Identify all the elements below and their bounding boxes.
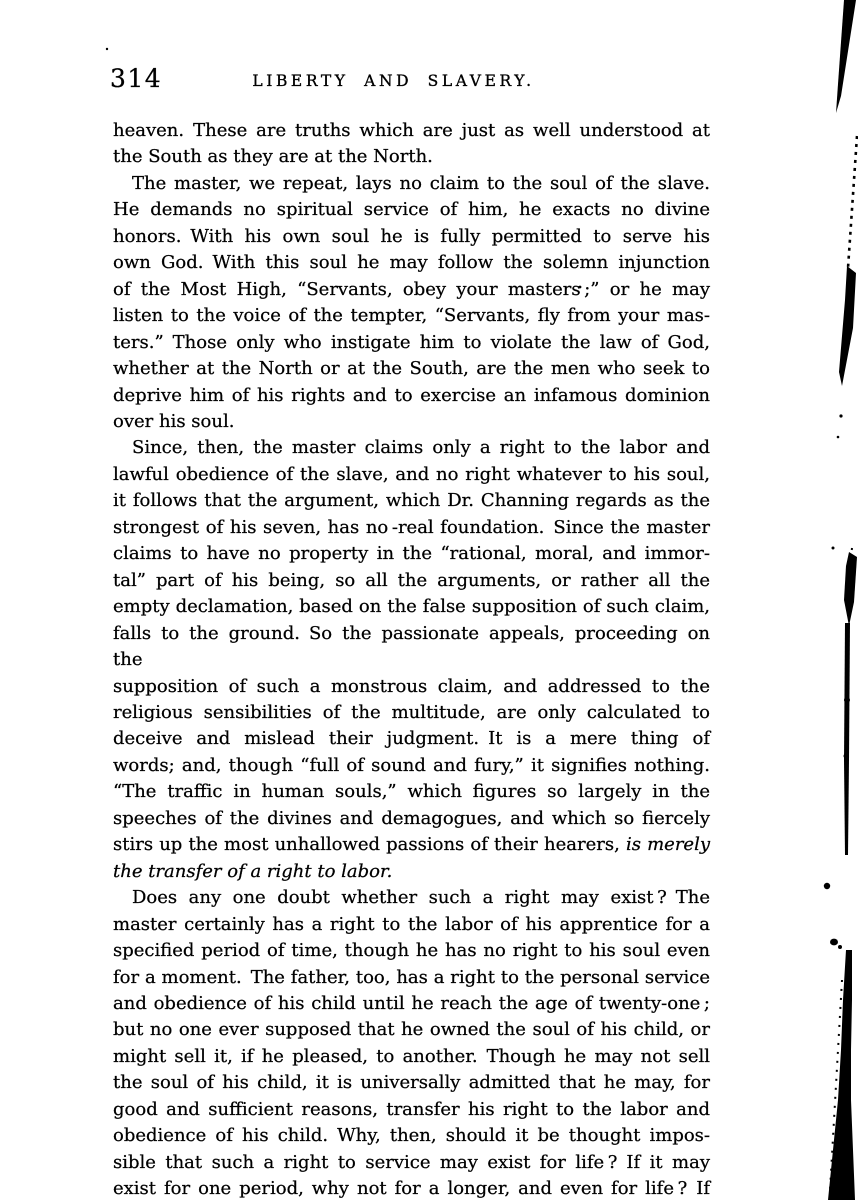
text-line: supposition of such a monstrous claim, a… bbox=[113, 674, 710, 700]
text-line: strongest of his seven, has no -real fou… bbox=[113, 515, 710, 541]
text: Since, then, the master claims only a ri… bbox=[132, 437, 710, 458]
text-line: deprive him of his rights and to exercis… bbox=[113, 383, 710, 409]
text-line: master certainly has a right to the labo… bbox=[113, 912, 710, 938]
text-line: The master, we repeat, lays no claim to … bbox=[113, 171, 710, 197]
ink-blob bbox=[838, 945, 842, 949]
text-line: but no one ever supposed that he owned t… bbox=[113, 1017, 710, 1043]
italic-text: is merely bbox=[626, 834, 710, 855]
text-line: stirs up the most unhallowed passions of… bbox=[113, 832, 710, 858]
ink-dotted-streak-bottom bbox=[830, 980, 842, 1190]
text: exist for one period, why not for a long… bbox=[113, 1178, 710, 1199]
ink-wedge-bottom-right bbox=[828, 950, 855, 1200]
ink-line-mid-right bbox=[844, 623, 850, 855]
text-line: it follows that the argument, which Dr. … bbox=[113, 488, 710, 514]
text: speeches of the divines and demagogues, … bbox=[113, 808, 710, 829]
text-line: for a moment. The father, too, has a rig… bbox=[113, 965, 710, 991]
text-line: the transfer of a right to labor. bbox=[113, 859, 710, 885]
text: supposition of such a monstrous claim, a… bbox=[113, 676, 710, 697]
text: tal” part of his being, so all the argum… bbox=[113, 570, 710, 591]
text-line: listen to the voice of the tempter, “Ser… bbox=[113, 303, 710, 329]
ink-dotted-streak-upper bbox=[848, 136, 857, 268]
text-line: Since, then, the master claims only a ri… bbox=[113, 435, 710, 461]
text: empty declamation, based on the false su… bbox=[113, 596, 710, 617]
text: whether at the North or at the South, ar… bbox=[113, 358, 710, 379]
text: The master, we repeat, lays no claim to … bbox=[132, 173, 710, 194]
text: listen to the voice of the tempter, “Ser… bbox=[113, 305, 710, 326]
text-line: words; and, though “full of sound and fu… bbox=[113, 753, 710, 779]
text: “The traffic in human souls,” which figu… bbox=[113, 781, 710, 802]
ink-blob bbox=[844, 697, 850, 703]
text: but no one ever supposed that he owned t… bbox=[113, 1019, 710, 1040]
text-line: and obedience of his child until he reac… bbox=[113, 991, 710, 1017]
paragraph: Since, then, the master claims only a ri… bbox=[113, 435, 710, 885]
text: heaven. These are truths which are just … bbox=[113, 120, 710, 141]
text-line: “The traffic in human souls,” which figu… bbox=[113, 779, 710, 805]
text: claims to have no property in the “ratio… bbox=[113, 543, 710, 564]
ink-blob bbox=[830, 939, 838, 946]
text-line: empty declamation, based on the false su… bbox=[113, 594, 710, 620]
text-line: sible that such a right to service may e… bbox=[113, 1150, 710, 1176]
text: of the Most High, “Servants, obey your m… bbox=[113, 279, 710, 300]
ink-speck bbox=[839, 414, 842, 417]
text: sible that such a right to service may e… bbox=[113, 1152, 710, 1173]
ink-speck bbox=[106, 48, 108, 50]
text: Does any one doubt whether such a right … bbox=[132, 887, 710, 908]
ink-wedge-upper-right bbox=[839, 266, 856, 386]
text-line: exist for one period, why not for a long… bbox=[113, 1176, 710, 1200]
text: the soul of his child, it is universally… bbox=[113, 1072, 710, 1093]
text: deprive him of his rights and to exercis… bbox=[113, 385, 710, 406]
text: and obedience of his child until he reac… bbox=[113, 993, 710, 1014]
text: own God. With this soul he may follow th… bbox=[113, 252, 710, 273]
text-line: might sell it, if he pleased, to another… bbox=[113, 1044, 710, 1070]
text-line: claims to have no property in the “ratio… bbox=[113, 541, 710, 567]
text-line: of the Most High, “Servants, obey your m… bbox=[113, 277, 710, 303]
italic-text: the transfer of a right to labor. bbox=[113, 861, 392, 882]
paragraph: heaven. These are truths which are just … bbox=[113, 118, 710, 171]
running-head: LIBERTY AND SLAVERY. bbox=[113, 72, 710, 90]
text-line: the South as they are at the North. bbox=[113, 144, 710, 170]
text: the South as they are at the North. bbox=[113, 146, 433, 167]
text: it follows that the argument, which Dr. … bbox=[113, 490, 710, 511]
body-text: heaven. These are truths which are just … bbox=[113, 118, 710, 1200]
text-line: lawful obedience of the slave, and no ri… bbox=[113, 462, 710, 488]
text-line: honors. With his own soul he is fully pe… bbox=[113, 224, 710, 250]
text-line: deceive and mislead their judgment. It i… bbox=[113, 726, 710, 752]
text-line: tal” part of his being, so all the argum… bbox=[113, 568, 710, 594]
text: lawful obedience of the slave, and no ri… bbox=[113, 464, 710, 485]
text: He demands no spiritual service of him, … bbox=[113, 199, 710, 220]
ink-speck bbox=[837, 436, 840, 439]
ink-streak-mid-right bbox=[844, 552, 857, 626]
ink-blob bbox=[824, 883, 830, 889]
text-line: specified period of time, though he has … bbox=[113, 938, 710, 964]
text: ters.” Those only who instigate him to v… bbox=[113, 332, 710, 353]
text: obedience of his child. Why, then, shoul… bbox=[113, 1125, 710, 1146]
text-line: ters.” Those only who instigate him to v… bbox=[113, 330, 710, 356]
text: stirs up the most unhallowed passions of… bbox=[113, 834, 626, 855]
ink-dotted-streak-mid bbox=[848, 548, 852, 584]
text-line: whether at the North or at the South, ar… bbox=[113, 356, 710, 382]
text: words; and, though “full of sound and fu… bbox=[113, 755, 710, 776]
paragraph: The master, we repeat, lays no claim to … bbox=[113, 171, 710, 436]
text-line: over his soul. bbox=[113, 409, 710, 435]
text: strongest of his seven, has no -real fou… bbox=[113, 517, 710, 538]
ink-speck bbox=[832, 547, 835, 550]
text: for a moment. The father, too, has a rig… bbox=[113, 967, 710, 988]
text: good and sufficient reasons, transfer hi… bbox=[113, 1099, 710, 1120]
text-line: obedience of his child. Why, then, shoul… bbox=[113, 1123, 710, 1149]
book-page: 314 LIBERTY AND SLAVERY. heaven. These a… bbox=[0, 0, 858, 1200]
text: might sell it, if he pleased, to another… bbox=[113, 1046, 710, 1067]
text: over his soul. bbox=[113, 411, 234, 432]
text-line: own God. With this soul he may follow th… bbox=[113, 250, 710, 276]
text-line: good and sufficient reasons, transfer hi… bbox=[113, 1097, 710, 1123]
text: deceive and mislead their judgment. It i… bbox=[113, 728, 710, 749]
text-line: the soul of his child, it is universally… bbox=[113, 1070, 710, 1096]
text-line: falls to the ground. So the passionate a… bbox=[113, 621, 710, 674]
text-line: He demands no spiritual service of him, … bbox=[113, 197, 710, 223]
ink-wedge-top-right bbox=[836, 0, 856, 113]
text-line: Does any one doubt whether such a right … bbox=[113, 885, 710, 911]
text-line: heaven. These are truths which are just … bbox=[113, 118, 710, 144]
text: specified period of time, though he has … bbox=[113, 940, 710, 961]
text: religious sensibilities of the multitude… bbox=[113, 702, 710, 723]
text-line: speeches of the divines and demagogues, … bbox=[113, 806, 710, 832]
text: honors. With his own soul he is fully pe… bbox=[113, 226, 710, 247]
paragraph: Does any one doubt whether such a right … bbox=[113, 885, 710, 1200]
ink-blob bbox=[844, 754, 849, 759]
text: falls to the ground. So the passionate a… bbox=[113, 623, 710, 670]
text: master certainly has a right to the labo… bbox=[113, 914, 710, 935]
text-line: religious sensibilities of the multitude… bbox=[113, 700, 710, 726]
